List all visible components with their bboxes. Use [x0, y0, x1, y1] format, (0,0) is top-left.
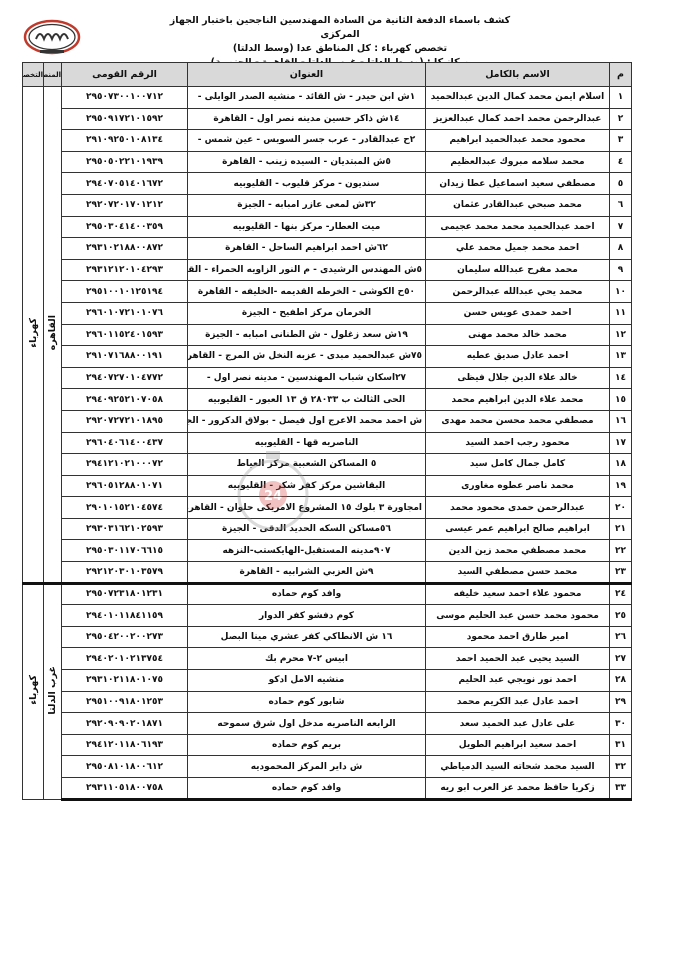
full-name: مصطفي سعيد اسماعيل عطا زيدان	[426, 173, 610, 195]
full-name: عبدالرحمن محمد احمد كمال عبدالعزيز	[426, 108, 610, 130]
table-row: ٢٣محمد حسن مصطفي السيد٩ش العزبي الشرابيه…	[23, 562, 632, 584]
table-row: ١اسلام ايمن محمد كمال الدين عبدالحميد١ش …	[23, 87, 632, 109]
col-header-name: الاسم بالكامل	[426, 63, 610, 87]
region-cell: القاهره	[44, 87, 62, 584]
address: ٧٥ش عبدالحميد مبدى - عزبه النخل ش المرج …	[188, 346, 426, 368]
address: الخرمان مركز اطفيح - الجيزة	[188, 302, 426, 324]
row-index: ١١	[610, 302, 632, 324]
full-name: احمد نور نويجي عبد الحليم	[426, 670, 610, 692]
region-label: غرب الدلتا	[47, 666, 58, 715]
full-name: زكريا حافظ محمد عز العرب ابو ريه	[426, 778, 610, 800]
full-name: محمد حسن مصطفي السيد	[426, 562, 610, 584]
row-index: ٧	[610, 216, 632, 238]
full-name: كامل جمال كامل سيد	[426, 454, 610, 476]
region-cell: غرب الدلتا	[44, 583, 62, 799]
results-table: م الاسم بالكامل العنوان الرقم القومى الم…	[22, 62, 632, 801]
address: سنديون - مركز قليوب - القليوبيه	[188, 173, 426, 195]
address: ٩٠٧مدينه المستقبل-الهايكستب-النزهه	[188, 540, 426, 562]
table-row: ٢٩احمد عادل عبد الكريم محمدشابور كوم حما…	[23, 691, 632, 713]
full-name: على عادل عبد الحميد سعد	[426, 713, 610, 735]
national-id: ٢٩٢٠٩٠٩٠٢٠١٨٧١	[62, 713, 188, 735]
national-id: ٢٩٤١٢٠١١٨٠٦١٩٣	[62, 734, 188, 756]
table-row: ٣٣زكريا حافظ محمد عز العرب ابو ريهوافد ك…	[23, 778, 632, 800]
address: الناصريه قها - القليوبيه	[188, 432, 426, 454]
col-header-national-id: الرقم القومى	[62, 63, 188, 87]
address: ٦٢ش احمد ابراهيم الساحل - القاهرة	[188, 238, 426, 260]
full-name: احمد عادل صديق عطيه	[426, 346, 610, 368]
national-id: ٢٩٦٠٤٠٦١٤٠٠٤٣٧	[62, 432, 188, 454]
address: ١٩ش سعد زغلول - ش الطنانى امبابه - الجيز…	[188, 324, 426, 346]
address: ش احمد محمد الاعرج اول فيصل - بولاق الدك…	[188, 410, 426, 432]
row-index: ١٤	[610, 367, 632, 389]
specialty-cell: كهرباء	[23, 583, 44, 799]
table-row: ٢٢محمد مصطفي محمد زين الدين٩٠٧مدينه المس…	[23, 540, 632, 562]
table-row: ٢٤محمود علاء احمد سعيد خليفهوافد كوم حما…	[23, 583, 632, 605]
national-id: ٢٩٤٠٧٢٧٠١٠٤٧٧٢	[62, 367, 188, 389]
row-index: ١٦	[610, 410, 632, 432]
address: ٥ش المبتديان - السيده زينب - القاهرة	[188, 151, 426, 173]
col-header-specialty: التخصص	[23, 63, 44, 87]
address: ٣٢ش لمعى عازر امبابه - الجيزة	[188, 194, 426, 216]
row-index: ٣٣	[610, 778, 632, 800]
full-name: محمود محمد حسن عبد الحليم موسى	[426, 605, 610, 627]
full-name: السيد محمد شحاته السيد الدمياطي	[426, 756, 610, 778]
national-id: ٢٩٥٠٧٢٣١٨٠١٢٣١	[62, 583, 188, 605]
national-id: ٢٩٠١٠١٥٢١٠٤٥٧٤	[62, 497, 188, 519]
agency-emblem-icon	[22, 17, 82, 57]
full-name: محمد علاء الدين ابراهيم محمد	[426, 389, 610, 411]
address: ٢٧اسكان شباب المهندسين - مدينه نصر اول -	[188, 367, 426, 389]
address: منشيه الامل ادكو	[188, 670, 426, 692]
row-index: ٢٥	[610, 605, 632, 627]
full-name: محمد مفرح عبدالله سليمان	[426, 259, 610, 281]
table-row: ٢٨احمد نور نويجي عبد الحليممنشيه الامل ا…	[23, 670, 632, 692]
full-name: السيد يحيى عبد الحميد احمد	[426, 648, 610, 670]
full-name: محمود علاء احمد سعيد خليفه	[426, 583, 610, 605]
row-index: ٥	[610, 173, 632, 195]
full-name: محمد مصطفي محمد زين الدين	[426, 540, 610, 562]
full-name: محمد يحي عبدالله عبدالرحمن	[426, 281, 610, 303]
row-index: ١٩	[610, 475, 632, 497]
national-id: ٢٩٤٠٢٠١٠٢١٣٧٥٤	[62, 648, 188, 670]
full-name: محمود رجب احمد السيد	[426, 432, 610, 454]
full-name: احمد محمد جميل محمد علي	[426, 238, 610, 260]
table-row: ٢١ابراهيم صالح ابراهيم عمر عيسى٥٦مساكن ا…	[23, 518, 632, 540]
table-row: ١٧محمود رجب احمد السيدالناصريه قها - الق…	[23, 432, 632, 454]
national-id: ٢٩٤١٢١٠٢١٠٠٠٧٢	[62, 454, 188, 476]
specialty-label: كهرباء	[28, 318, 39, 348]
row-index: ٢	[610, 108, 632, 130]
full-name: احمد حمدى عويس حسن	[426, 302, 610, 324]
table-header-row: م الاسم بالكامل العنوان الرقم القومى الم…	[23, 63, 632, 87]
table-row: ٧احمد عبدالحميد محمد محمد عجيمىميت العطا…	[23, 216, 632, 238]
row-index: ٣٠	[610, 713, 632, 735]
national-id: ٢٩٤٠٧٠٥١٤٠١٦٧٢	[62, 173, 188, 195]
national-id: ٢٩٣١٠٢١٨٨٠٠٨٧٢	[62, 238, 188, 260]
table-row: ٣٠على عادل عبد الحميد سعدالرابعه الناصري…	[23, 713, 632, 735]
table-row: ٢عبدالرحمن محمد احمد كمال عبدالعزيز١٤ش ذ…	[23, 108, 632, 130]
address: ابيس ٢-٧ محرم بك	[188, 648, 426, 670]
full-name: محمد ناصر عطوه مغاورى	[426, 475, 610, 497]
table-row: ٣محمود محمد عبدالحميد ابراهيم٢ح عبدالقاد…	[23, 130, 632, 152]
title-line-2: تخصص كهرباء : كل المناطق عدا (وسط الدلتا…	[150, 42, 530, 56]
national-id: ٢٩٣١٠٢١١٨٠١٠٧٥	[62, 670, 188, 692]
row-index: ١٧	[610, 432, 632, 454]
table-row: ٩محمد مفرح عبدالله سليمان٥ش المهندس الرش…	[23, 259, 632, 281]
national-id: ٢٩٣١٢١٢٠١٠٤٢٩٣	[62, 259, 188, 281]
full-name: عبدالرحمن حمدى محمود محمد	[426, 497, 610, 519]
col-header-address: العنوان	[188, 63, 426, 87]
specialty-cell: كهرباء	[23, 87, 44, 584]
table-row: ٦محمد صبحي عبدالقادر عثمان٣٢ش لمعى عازر …	[23, 194, 632, 216]
address: ٥ المساكن الشعبية مركز العياط	[188, 454, 426, 476]
col-header-region: المنطقة	[44, 63, 62, 87]
national-id: ٢٩١٠٧١٦٨٨٠٠١٩١	[62, 346, 188, 368]
row-index: ٢٦	[610, 626, 632, 648]
full-name: خالد علاء الدين جلال فيظى	[426, 367, 610, 389]
row-index: ٣١	[610, 734, 632, 756]
row-index: ٢٧	[610, 648, 632, 670]
national-id: ٢٩٦٠٥١٢٨٨٠١٠٧١	[62, 475, 188, 497]
full-name: احمد عادل عبد الكريم محمد	[426, 691, 610, 713]
address: الرابعه الناصريه مدخل اول شرق سموحه	[188, 713, 426, 735]
row-index: ١٥	[610, 389, 632, 411]
full-name: امير طارق احمد محمود	[426, 626, 610, 648]
national-id: ٢٩٢٠٧٢٧٢١٠١٨٩٥	[62, 410, 188, 432]
national-id: ٢٩٣٠٣١٦٢١٠٢٥٩٣	[62, 518, 188, 540]
row-index: ١٨	[610, 454, 632, 476]
row-index: ١٢	[610, 324, 632, 346]
table-body: ١اسلام ايمن محمد كمال الدين عبدالحميد١ش …	[23, 87, 632, 800]
address: ١٦ ش الانطاكي كفر عشري مينا البصل	[188, 626, 426, 648]
full-name: محمد صبحي عبدالقادر عثمان	[426, 194, 610, 216]
address: ١٤ش ذاكر حسين مدينه نصر اول - القاهرة	[188, 108, 426, 130]
national-id: ٢٩٢١٢٠٣٠١٠٣٥٧٩	[62, 562, 188, 584]
full-name: اسلام ايمن محمد كمال الدين عبدالحميد	[426, 87, 610, 109]
row-index: ٩	[610, 259, 632, 281]
row-index: ٢٤	[610, 583, 632, 605]
table-row: ١٨كامل جمال كامل سيد٥ المساكن الشعبية مر…	[23, 454, 632, 476]
full-name: محمود محمد عبدالحميد ابراهيم	[426, 130, 610, 152]
row-index: ٢١	[610, 518, 632, 540]
full-name: ابراهيم صالح ابراهيم عمر عيسى	[426, 518, 610, 540]
row-index: ٢٢	[610, 540, 632, 562]
full-name: محمد سلامه مبروك عبدالعظيم	[426, 151, 610, 173]
row-index: ٣٢	[610, 756, 632, 778]
address: ٥٦مساكن السكه الحديد الدقى - الجيزة	[188, 518, 426, 540]
national-id: ٢٩٢٠٧٢٠١٧٠١٢١٢	[62, 194, 188, 216]
row-index: ٦	[610, 194, 632, 216]
col-header-index: م	[610, 63, 632, 87]
table-row: ١٥محمد علاء الدين ابراهيم محمدالحى الثال…	[23, 389, 632, 411]
address: ٥٠ح الكوشى - الخرطه القديمه -الخليفه - ا…	[188, 281, 426, 303]
full-name: احمد سعيد ابراهيم الطويل	[426, 734, 610, 756]
specialty-label: كهرباء	[28, 675, 39, 705]
national-id: ٢٩٥٠٩١٧٢١٠١٥٩٢	[62, 108, 188, 130]
table-row: ١٣احمد عادل صديق عطيه٧٥ش عبدالحميد مبدى …	[23, 346, 632, 368]
row-index: ١	[610, 87, 632, 109]
national-id: ٢٩٥٠٧٣٠٠١٠٠٧١٢	[62, 87, 188, 109]
row-index: ٢٠	[610, 497, 632, 519]
row-index: ٢٨	[610, 670, 632, 692]
table-row: ٥مصطفي سعيد اسماعيل عطا زيدانسنديون - مر…	[23, 173, 632, 195]
address: الحى الثالث ب ٢٨٠٣٣ ق ١٣ العبور - القليو…	[188, 389, 426, 411]
address: ٩ش العزبي الشرابيه - القاهرة	[188, 562, 426, 584]
national-id: ٢٩٥٠٣٠١١٧٠٦٦١٥	[62, 540, 188, 562]
address: وافد كوم حماده	[188, 778, 426, 800]
full-name: محمد خالد محمد مهنى	[426, 324, 610, 346]
table-row: ١٢محمد خالد محمد مهنى١٩ش سعد زغلول - ش ا…	[23, 324, 632, 346]
address: شابور كوم حماده	[188, 691, 426, 713]
row-index: ١٣	[610, 346, 632, 368]
full-name: مصطفي محمد محسن محمد مهدى	[426, 410, 610, 432]
national-id: ٢٩١٠٩٢٥٠١٠٨١٣٤	[62, 130, 188, 152]
address: البقاشين مركز كفر شكر - القليوبيه	[188, 475, 426, 497]
address: ميت العطار- مركز بنها - القليوبيه	[188, 216, 426, 238]
table-row: ١٤خالد علاء الدين جلال فيظى٢٧اسكان شباب …	[23, 367, 632, 389]
full-name: احمد عبدالحميد محمد محمد عجيمى	[426, 216, 610, 238]
national-id: ٢٩٣١١٠٥١٨٠٠٧٥٨	[62, 778, 188, 800]
address: كوم دفشو كفر الدوار	[188, 605, 426, 627]
address: ١ش ابن حيدر - ش القائد - منشيه الصدر الو…	[188, 87, 426, 109]
table-row: ٨احمد محمد جميل محمد علي٦٢ش احمد ابراهيم…	[23, 238, 632, 260]
table-row: ٢٥محمود محمد حسن عبد الحليم موسىكوم دفشو…	[23, 605, 632, 627]
results-sheet: م الاسم بالكامل العنوان الرقم القومى الم…	[22, 62, 630, 801]
national-id: ٢٩٦٠١٠٧٢١٠١٠٧٦	[62, 302, 188, 324]
table-row: ١٦مصطفي محمد محسن محمد مهدىش احمد محمد ا…	[23, 410, 632, 432]
table-row: ٤محمد سلامه مبروك عبدالعظيم٥ش المبتديان …	[23, 151, 632, 173]
national-id: ٢٩٥١٠٠١٠١٢٥١٩٤	[62, 281, 188, 303]
row-index: ١٠	[610, 281, 632, 303]
table-row: ٣٢السيد محمد شحاته السيد الدمياطيش داير …	[23, 756, 632, 778]
address: ش داير المركز المحموديه	[188, 756, 426, 778]
national-id: ٢٩٦٠١١٥٢٤٠١٥٩٣	[62, 324, 188, 346]
table-row: ١٩محمد ناصر عطوه مغاورىالبقاشين مركز كفر…	[23, 475, 632, 497]
address: وافد كوم حماده	[188, 583, 426, 605]
region-label: القاهره	[47, 315, 58, 350]
address: ٢ح عبدالقادر - عرب جسر السويس - عين شمس …	[188, 130, 426, 152]
row-index: ٣	[610, 130, 632, 152]
address: امجاورة ٣ بلوك ١٥ المشروع الامريكى حلوان…	[188, 497, 426, 519]
table-row: ٢٧السيد يحيى عبد الحميد احمدابيس ٢-٧ محر…	[23, 648, 632, 670]
table-row: ١٠محمد يحي عبدالله عبدالرحمن٥٠ح الكوشى -…	[23, 281, 632, 303]
national-id: ٢٩٥٠٥٠٢٢١٠١٩٣٩	[62, 151, 188, 173]
row-index: ٨	[610, 238, 632, 260]
national-id: ٢٩٤٠١٠١١٨٤١١٥٩	[62, 605, 188, 627]
title-line-1: كشف باسماء الدفعة الثانية من السادة المه…	[150, 14, 530, 42]
table-row: ٣١احمد سعيد ابراهيم الطويلبريم كوم حماده…	[23, 734, 632, 756]
national-id: ٢٩٥٠٨١٠١٨٠٠٦١٢	[62, 756, 188, 778]
address: بريم كوم حماده	[188, 734, 426, 756]
table-row: ٢٦امير طارق احمد محمود١٦ ش الانطاكي كفر …	[23, 626, 632, 648]
row-index: ٢٣	[610, 562, 632, 584]
table-row: ٢٠عبدالرحمن حمدى محمود محمدامجاورة ٣ بلو…	[23, 497, 632, 519]
table-row: ١١احمد حمدى عويس حسنالخرمان مركز اطفيح -…	[23, 302, 632, 324]
document-header: كشف باسماء الدفعة الثانية من السادة المه…	[0, 0, 679, 62]
national-id: ٢٩٤٠٩٢٥٢١٠٧٠٥٨	[62, 389, 188, 411]
row-index: ٢٩	[610, 691, 632, 713]
row-index: ٤	[610, 151, 632, 173]
national-id: ٢٩٥٠٣٠٤١٤٠٠٣٥٩	[62, 216, 188, 238]
national-id: ٢٩٥١٠٠٩١٨٠١٢٥٣	[62, 691, 188, 713]
address: ٥ش المهندس الرشيدى - م النور الزاويه الح…	[188, 259, 426, 281]
national-id: ٢٩٥٠٤٢٠٠٢٠٠٢٧٣	[62, 626, 188, 648]
